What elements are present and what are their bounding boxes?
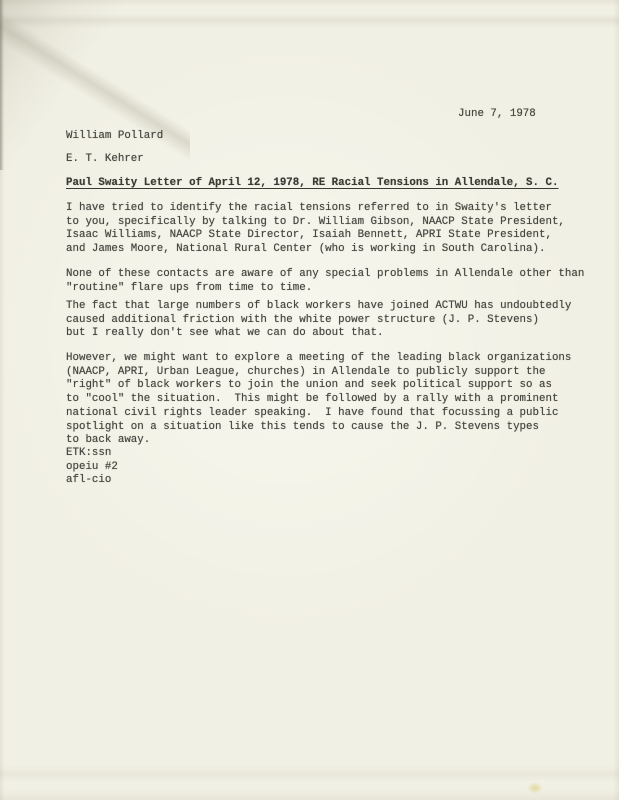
signature-block: ETK:ssn opeiu #2 afl-cio bbox=[66, 447, 118, 488]
subject-line: Paul Swaity Letter of April 12, 1978, RE… bbox=[66, 177, 558, 191]
paper-bottom-crease bbox=[0, 766, 619, 782]
scanned-letter-page: June 7, 1978 William Pollard E. T. Kehre… bbox=[0, 0, 619, 800]
recipient-line: William Pollard bbox=[66, 130, 163, 144]
paragraph-3: The fact that large numbers of black wor… bbox=[66, 300, 571, 341]
paper-stain bbox=[527, 782, 543, 794]
sender-line: E. T. Kehrer bbox=[66, 153, 144, 167]
date-line: June 7, 1978 bbox=[458, 108, 536, 122]
paragraph-4: However, we might want to explore a meet… bbox=[66, 352, 571, 448]
paragraph-1: I have tried to identify the racial tens… bbox=[66, 202, 565, 257]
paper-top-crease bbox=[0, 14, 619, 28]
paragraph-2: None of these contacts are aware of any … bbox=[66, 268, 584, 295]
paper-fold-crease bbox=[0, 0, 190, 170]
